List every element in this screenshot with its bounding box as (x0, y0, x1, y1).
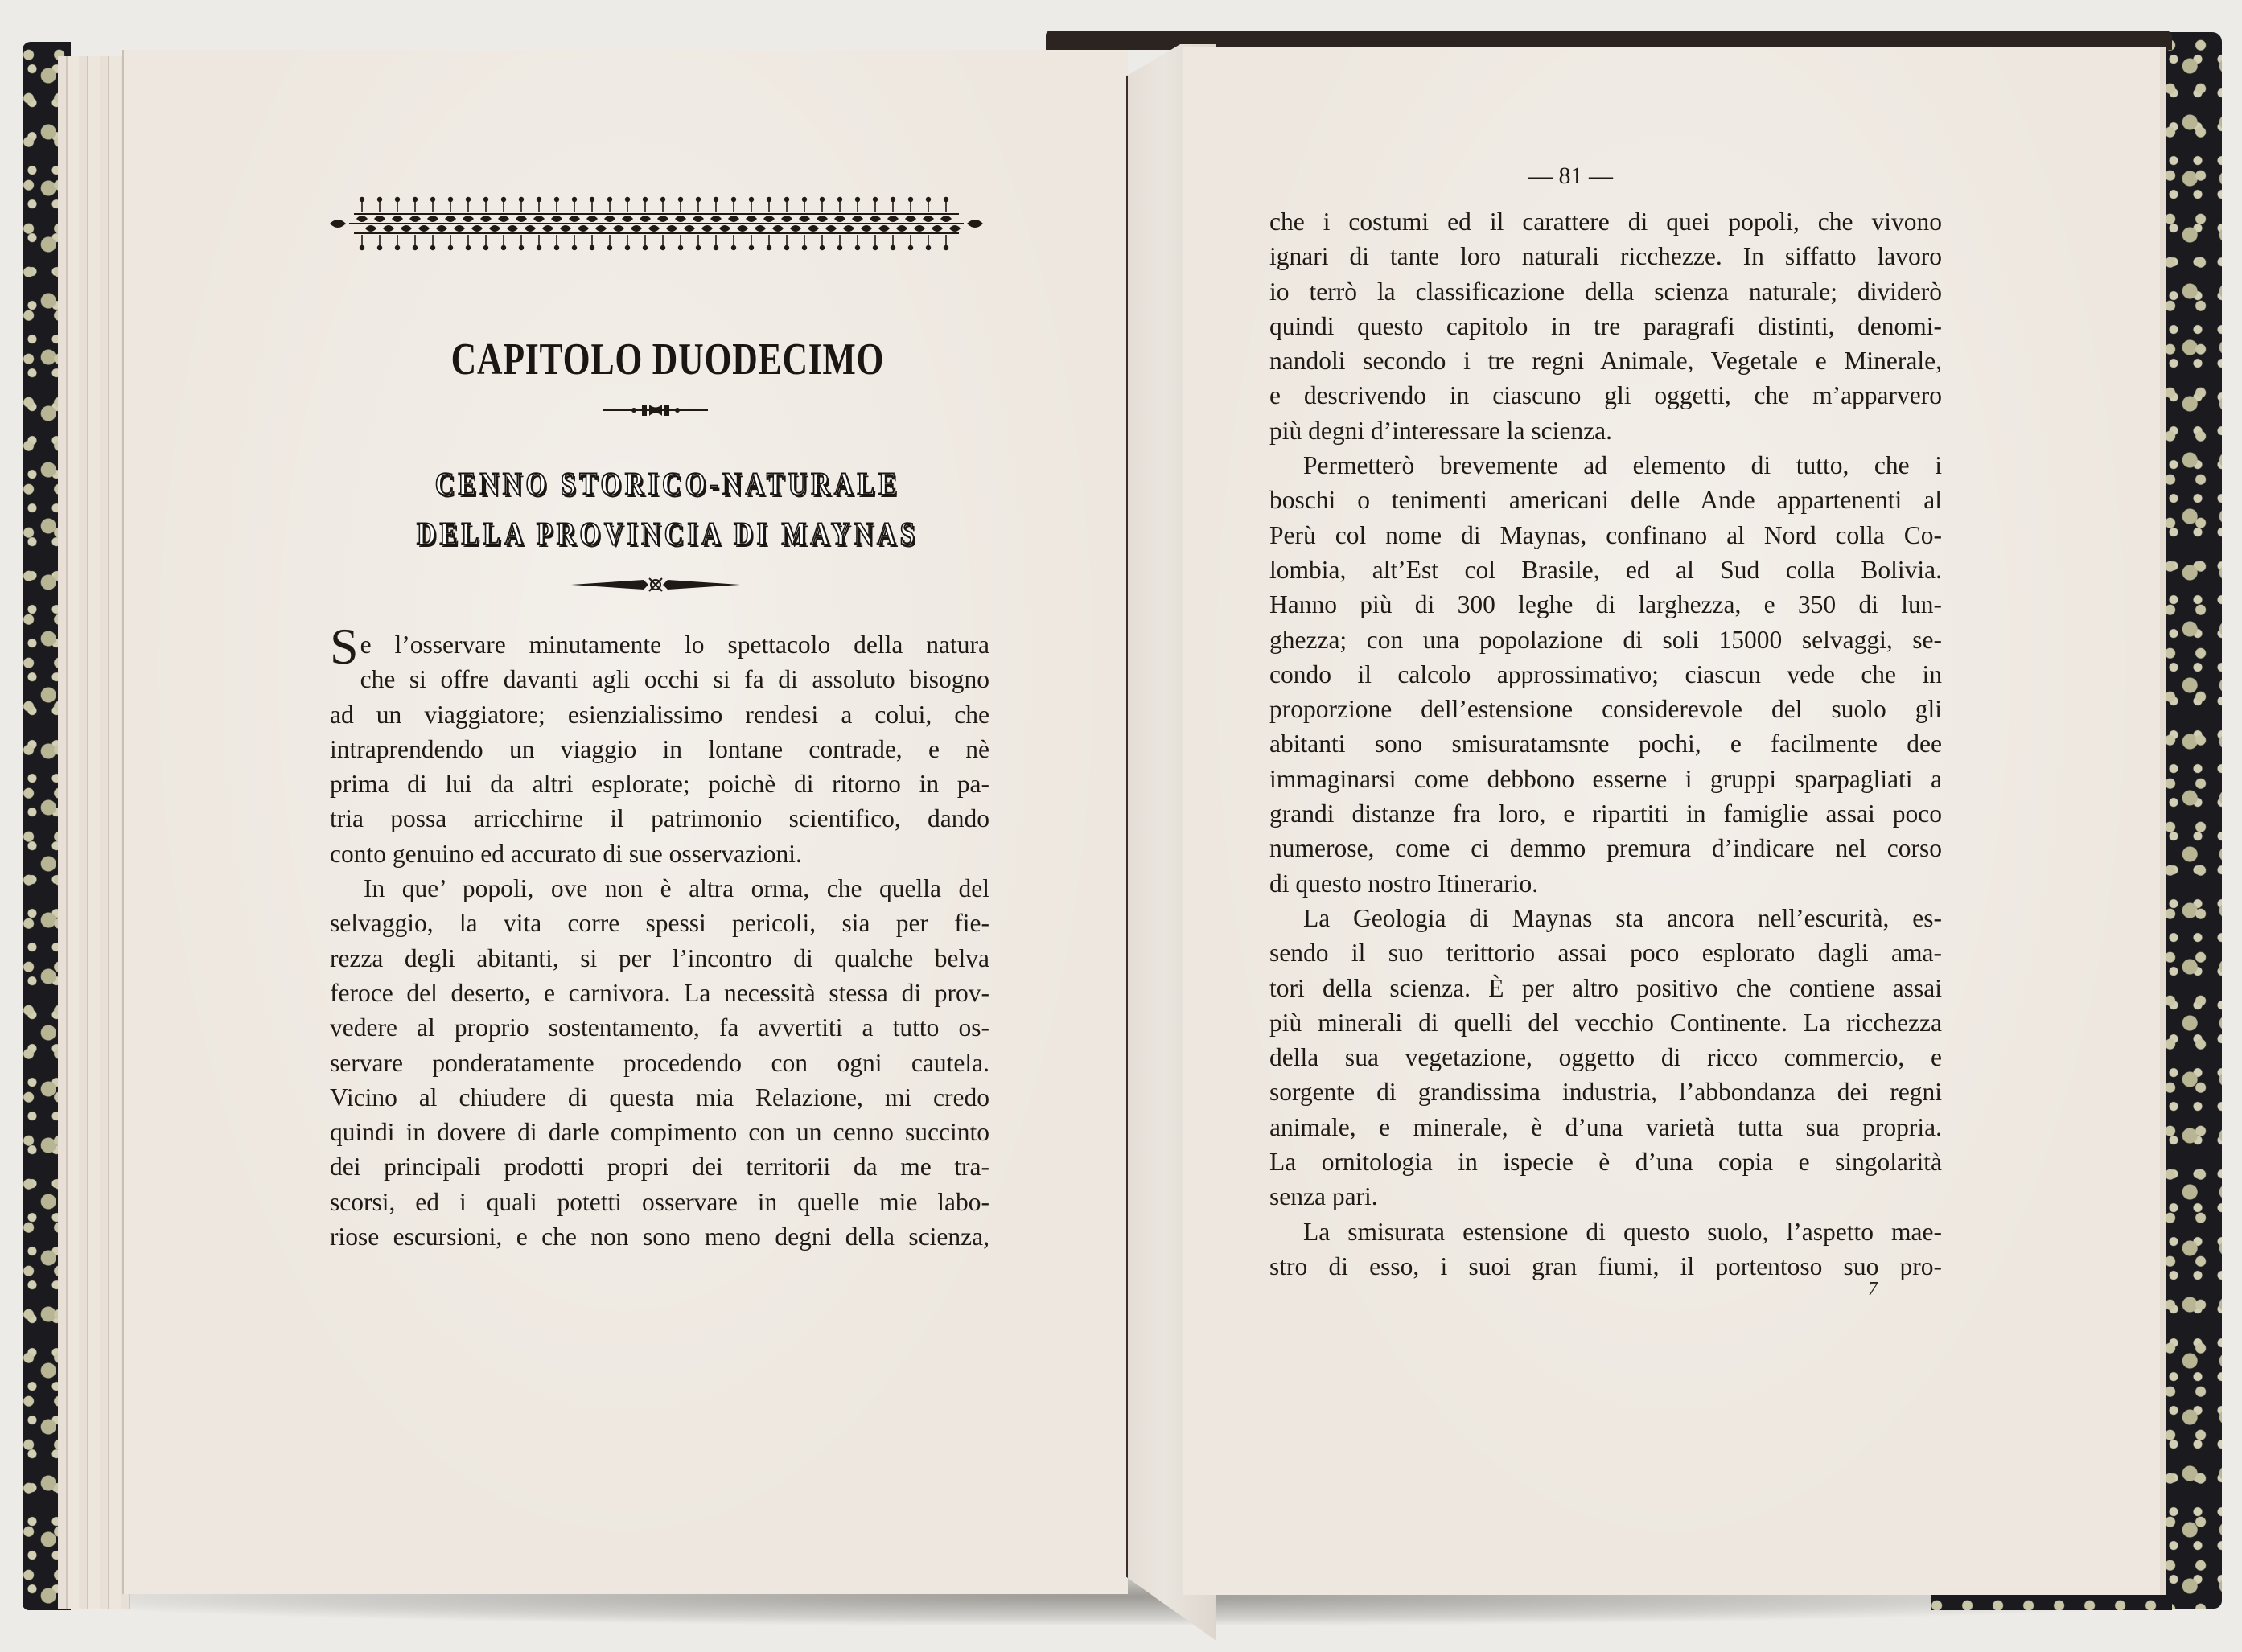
text-line: e descrivendo in ciascuno gli oggetti, c… (1269, 378, 1942, 413)
text-line: vedere al proprio sostentamento, fa avve… (330, 1010, 989, 1045)
text-line: In que’ popoli, ove non è altra orma, ch… (330, 871, 989, 906)
text-line: conto genuino ed accurato di sue osserva… (330, 836, 989, 871)
page-stack-edges (58, 56, 130, 1609)
text-line: più minerali di quelli del vecchio Conti… (1269, 1005, 1942, 1040)
text-line: abitanti sono smisuratamsnte pochi, e fa… (1269, 726, 1942, 761)
text-line: selvaggio, la vita corre spessi pericoli… (330, 906, 989, 940)
section-divider-ornament-icon (571, 575, 740, 594)
text-line: lombia, alt’Est col Brasile, ed al Sud c… (1269, 553, 1942, 587)
drop-cap: S (330, 631, 359, 663)
text-line: sendo il suo terittorio assai poco esplo… (1269, 935, 1942, 970)
text-line: servare ponderatamente procedendo con og… (330, 1046, 989, 1080)
text-line: riose escursioni, e che non sono meno de… (330, 1219, 989, 1254)
text-line: grandi distanze fra loro, e ripartiti in… (1269, 796, 1942, 831)
text-line: sorgente di grandissima industria, l’abb… (1269, 1075, 1942, 1109)
text-line: condo il calcolo approssimativo; ciascun… (1269, 657, 1942, 692)
ornamental-header-border (330, 191, 983, 256)
text-line: senza pari. (1269, 1179, 1942, 1214)
right-page-body-text: che i costumi ed il carattere di quei po… (1269, 204, 1942, 1284)
small-divider-ornament-icon (603, 402, 708, 418)
text-line: quindi in dovere di darle compimento con… (330, 1115, 989, 1149)
section-subtitle-line-1: CENNO STORICO-NATURALE (371, 465, 965, 503)
text-line: di questo nostro Itinerario. (1269, 866, 1942, 901)
text-line: Perù col nome di Maynas, confinano al No… (1269, 518, 1942, 553)
text-line: stro di esso, i suoi gran fiumi, il port… (1269, 1249, 1942, 1284)
text-line: più degni d’interessare la scienza. (1269, 413, 1942, 448)
text-line: La Geologia di Maynas sta ancora nell’es… (1269, 901, 1942, 935)
text-line: che i costumi ed il carattere di quei po… (1269, 204, 1942, 239)
page-number: — 81 — (1528, 162, 1613, 190)
text-line: della sua vegetazione, oggetto di ricco … (1269, 1040, 1942, 1075)
text-line: nandoli secondo i tre regni Animale, Veg… (1269, 343, 1942, 378)
text-line: dei principali prodotti propri dei terri… (330, 1149, 989, 1184)
text-line: rezza degli abitanti, si per l’incontro … (330, 941, 989, 976)
book-cover-bottom-edge (1931, 1592, 2172, 1610)
text-line: prima di lui da altri esplorate; poichè … (330, 766, 989, 801)
text-line: tori della scienza. È per altro positivo… (1269, 971, 1942, 1005)
text-line: tria possa arricchirne il patrimonio sci… (330, 801, 989, 836)
ornament-icon (330, 191, 983, 256)
text-line: Se l’osservare minutamente lo spettacolo… (330, 627, 989, 662)
section-subtitle-line-2: DELLA PROVINCIA DI MAYNAS (371, 515, 965, 553)
text-line: quindi questo capitolo in tre paragrafi … (1269, 309, 1942, 343)
printer-signature-mark: 7 (1868, 1279, 1878, 1301)
text-line: ghezza; con una popolazione di soli 1500… (1269, 623, 1942, 657)
text-line: boschi o tenimenti americani delle Ande … (1269, 483, 1942, 517)
book-cover-right-edge (2164, 32, 2222, 1609)
text-line: Vicino al chiudere di questa mia Relazio… (330, 1080, 989, 1115)
text-line: La ornitologia in ispecie è d’una copia … (1269, 1144, 1942, 1179)
text-line: Hanno più di 300 leghe di larghezza, e 3… (1269, 587, 1942, 622)
text-line: ad un viaggiatore; esienzialissimo rende… (330, 697, 989, 732)
text-line: La smisurata estensione di questo suolo,… (1269, 1214, 1942, 1249)
text-line: proporzione dell’estensione considerevol… (1269, 692, 1942, 726)
text-line: feroce del deserto, e carnivora. La nece… (330, 976, 989, 1010)
text-line: io terrò la classificazione della scienz… (1269, 274, 1942, 309)
text-line: Permetterò brevemente ad elemento di tut… (1269, 448, 1942, 483)
text-line: ignari di tante loro naturali ricchezze.… (1269, 239, 1942, 273)
text-line: scorsi, ed i quali potetti osservare in … (330, 1185, 989, 1219)
chapter-title: CAPITOLO DUODECIMO (385, 334, 950, 385)
text-line: intraprendendo un viaggio in lontane con… (330, 732, 989, 766)
text-line: numerose, come ci demmo premura d’indica… (1269, 831, 1942, 865)
text-line: immaginarsi come debbono esserne i grupp… (1269, 762, 1942, 796)
text-line: che si offre davanti agli occhi si fa di… (330, 662, 989, 697)
text-line-content: e l’osservare minutamente lo spettacolo … (360, 631, 989, 659)
left-page-body-text: Se l’osservare minutamente lo spettacolo… (330, 627, 989, 1254)
text-line: animale, e minerale, è d’una varietà tut… (1269, 1110, 1942, 1144)
